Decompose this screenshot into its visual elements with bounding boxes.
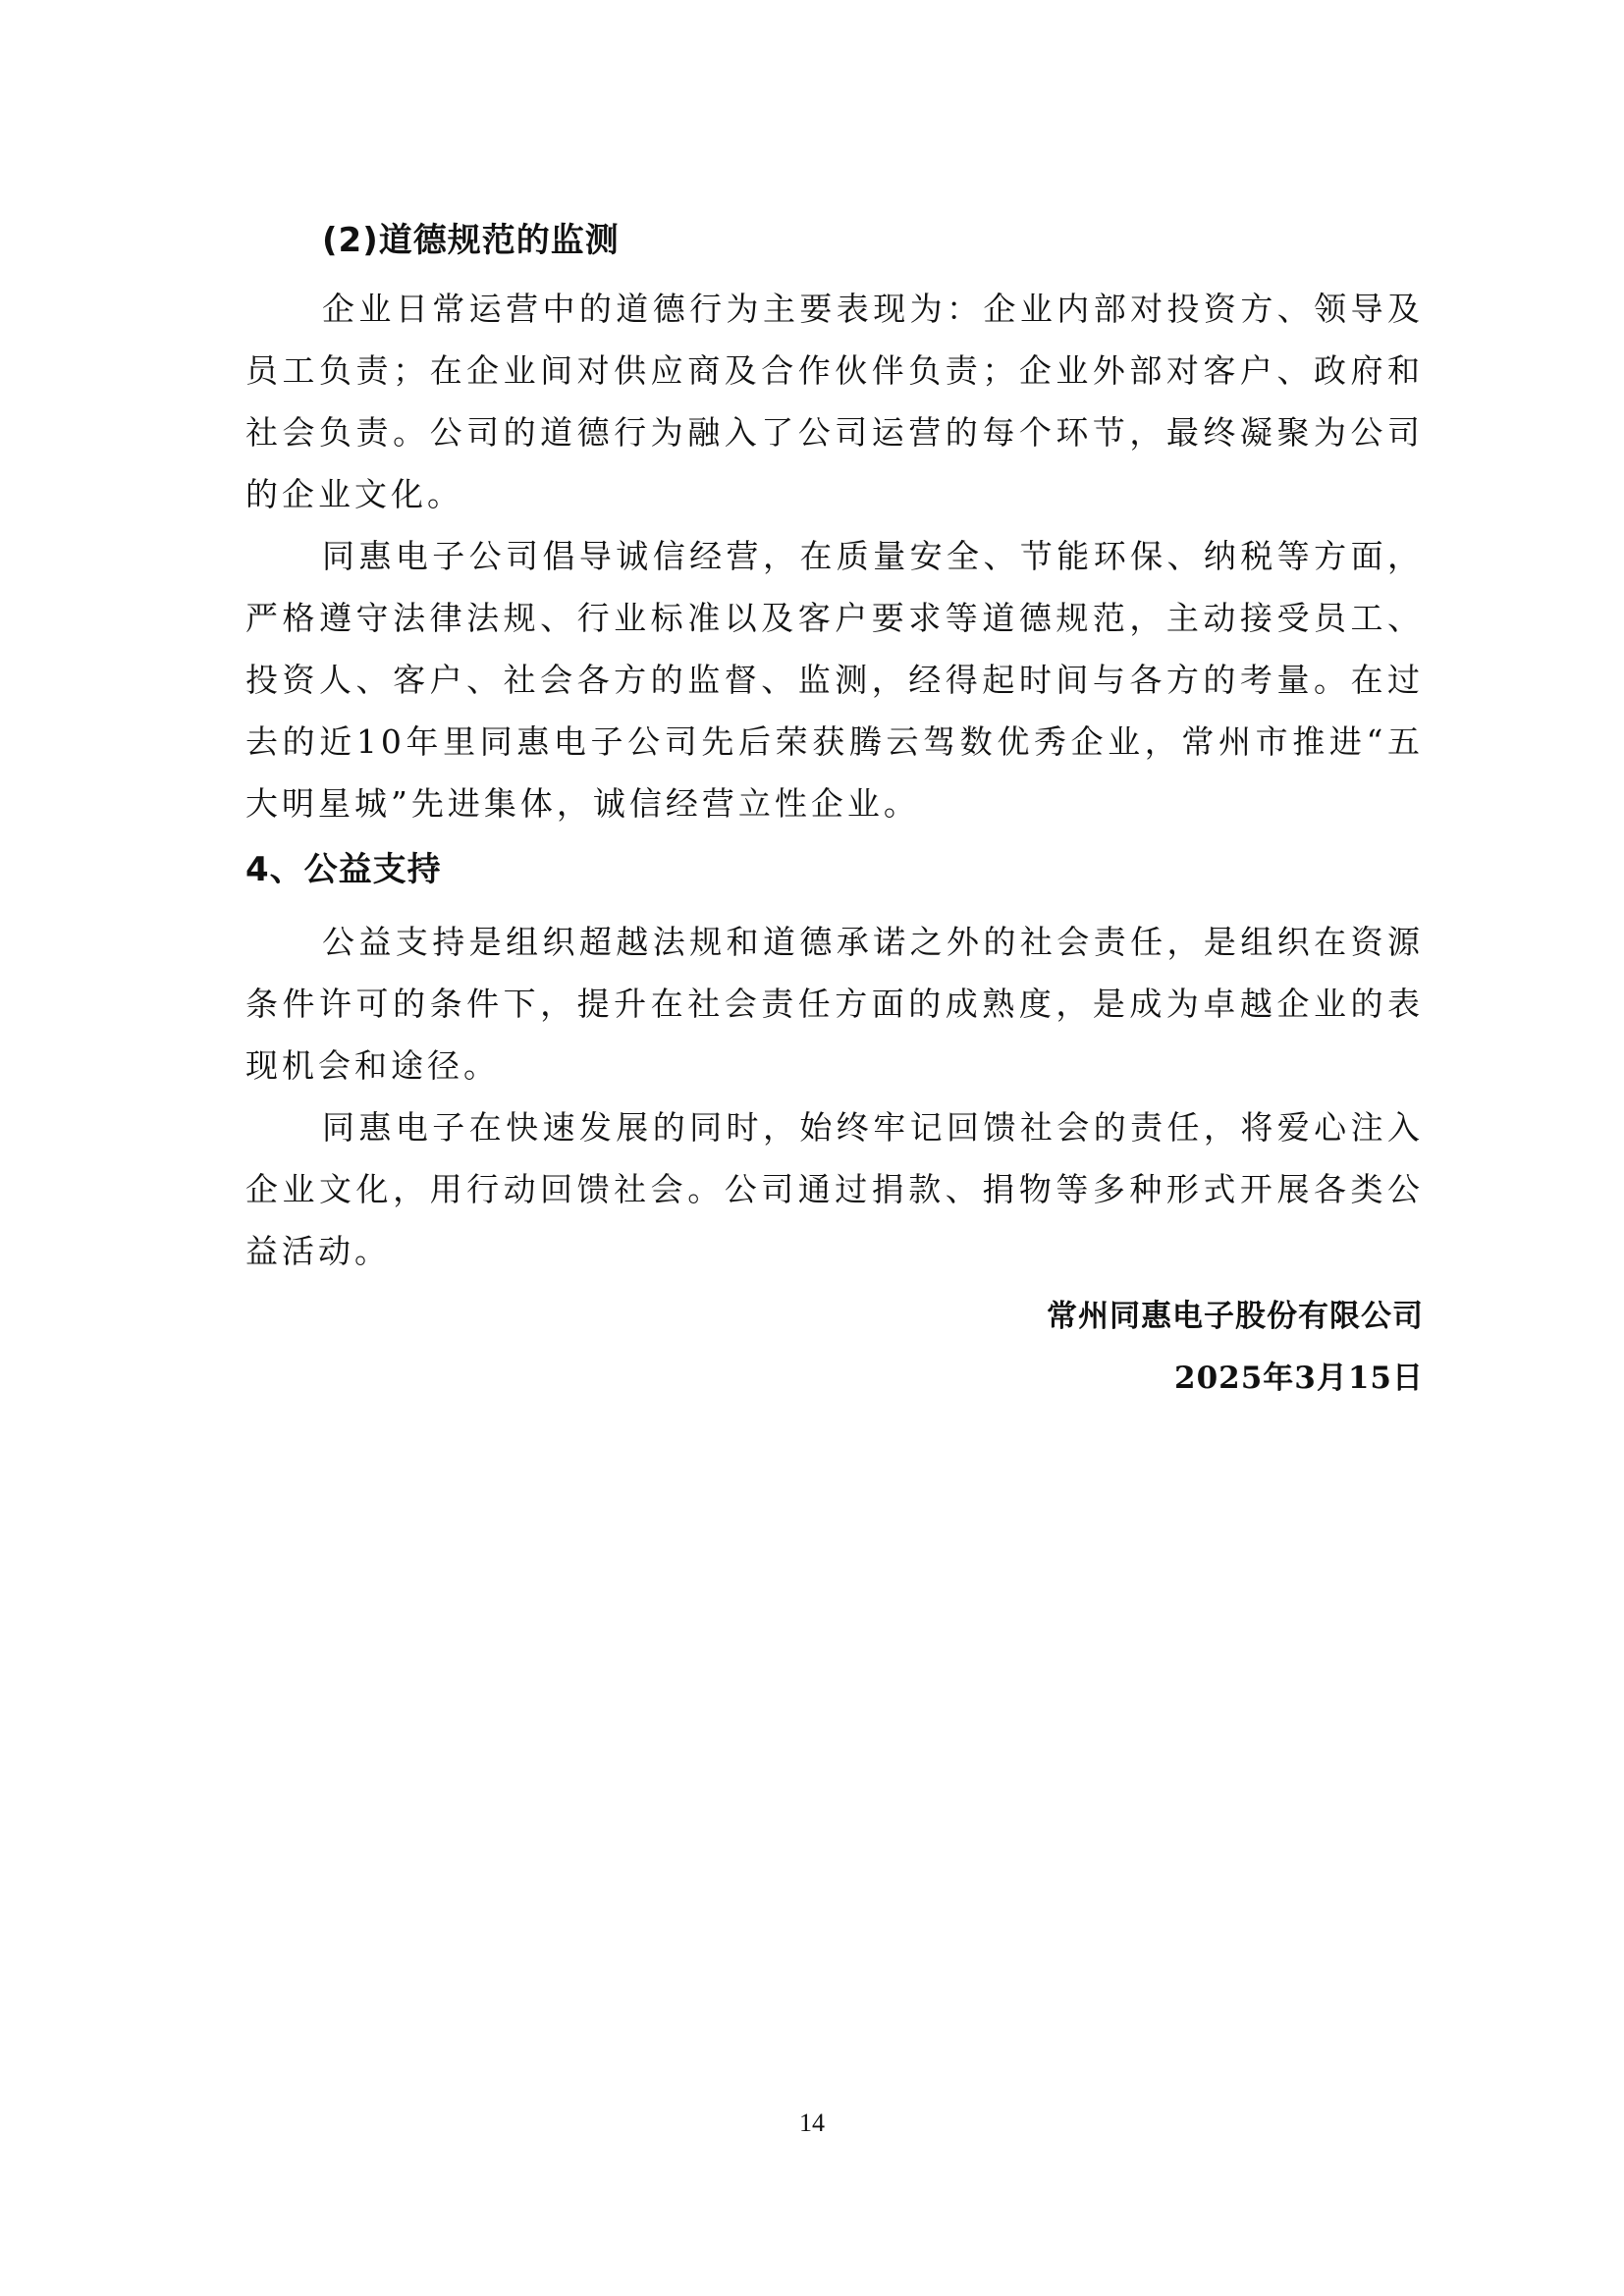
document-page: (2)道德规范的监测 企业日常运营中的道德行为主要表现为：企业内部对投资方、领导… [0,0,1624,2296]
paragraph: 公益支持是组织超越法规和道德承诺之外的社会责任，是组织在资源条件许可的条件下，提… [245,911,1424,1096]
page-content: (2)道德规范的监测 企业日常运营中的道德行为主要表现为：企业内部对投资方、领导… [245,211,1424,1410]
signature-date: 2025年3月15日 [245,1348,1424,1410]
page-number: 14 [0,2109,1624,2138]
paragraph: 同惠电子在快速发展的同时，始终牢记回馈社会的责任，将爱心注入企业文化，用行动回馈… [245,1096,1424,1282]
signature-company: 常州同惠电子股份有限公司 [245,1286,1424,1348]
subsection-heading: (2)道德规范的监测 [245,211,1424,270]
paragraph: 同惠电子公司倡导诚信经营，在质量安全、节能环保、纳税等方面，严格遵守法律法规、行… [245,525,1424,834]
paragraph: 企业日常运营中的道德行为主要表现为：企业内部对投资方、领导及员工负责；在企业间对… [245,278,1424,525]
section-heading: 4、公益支持 [245,840,1424,899]
